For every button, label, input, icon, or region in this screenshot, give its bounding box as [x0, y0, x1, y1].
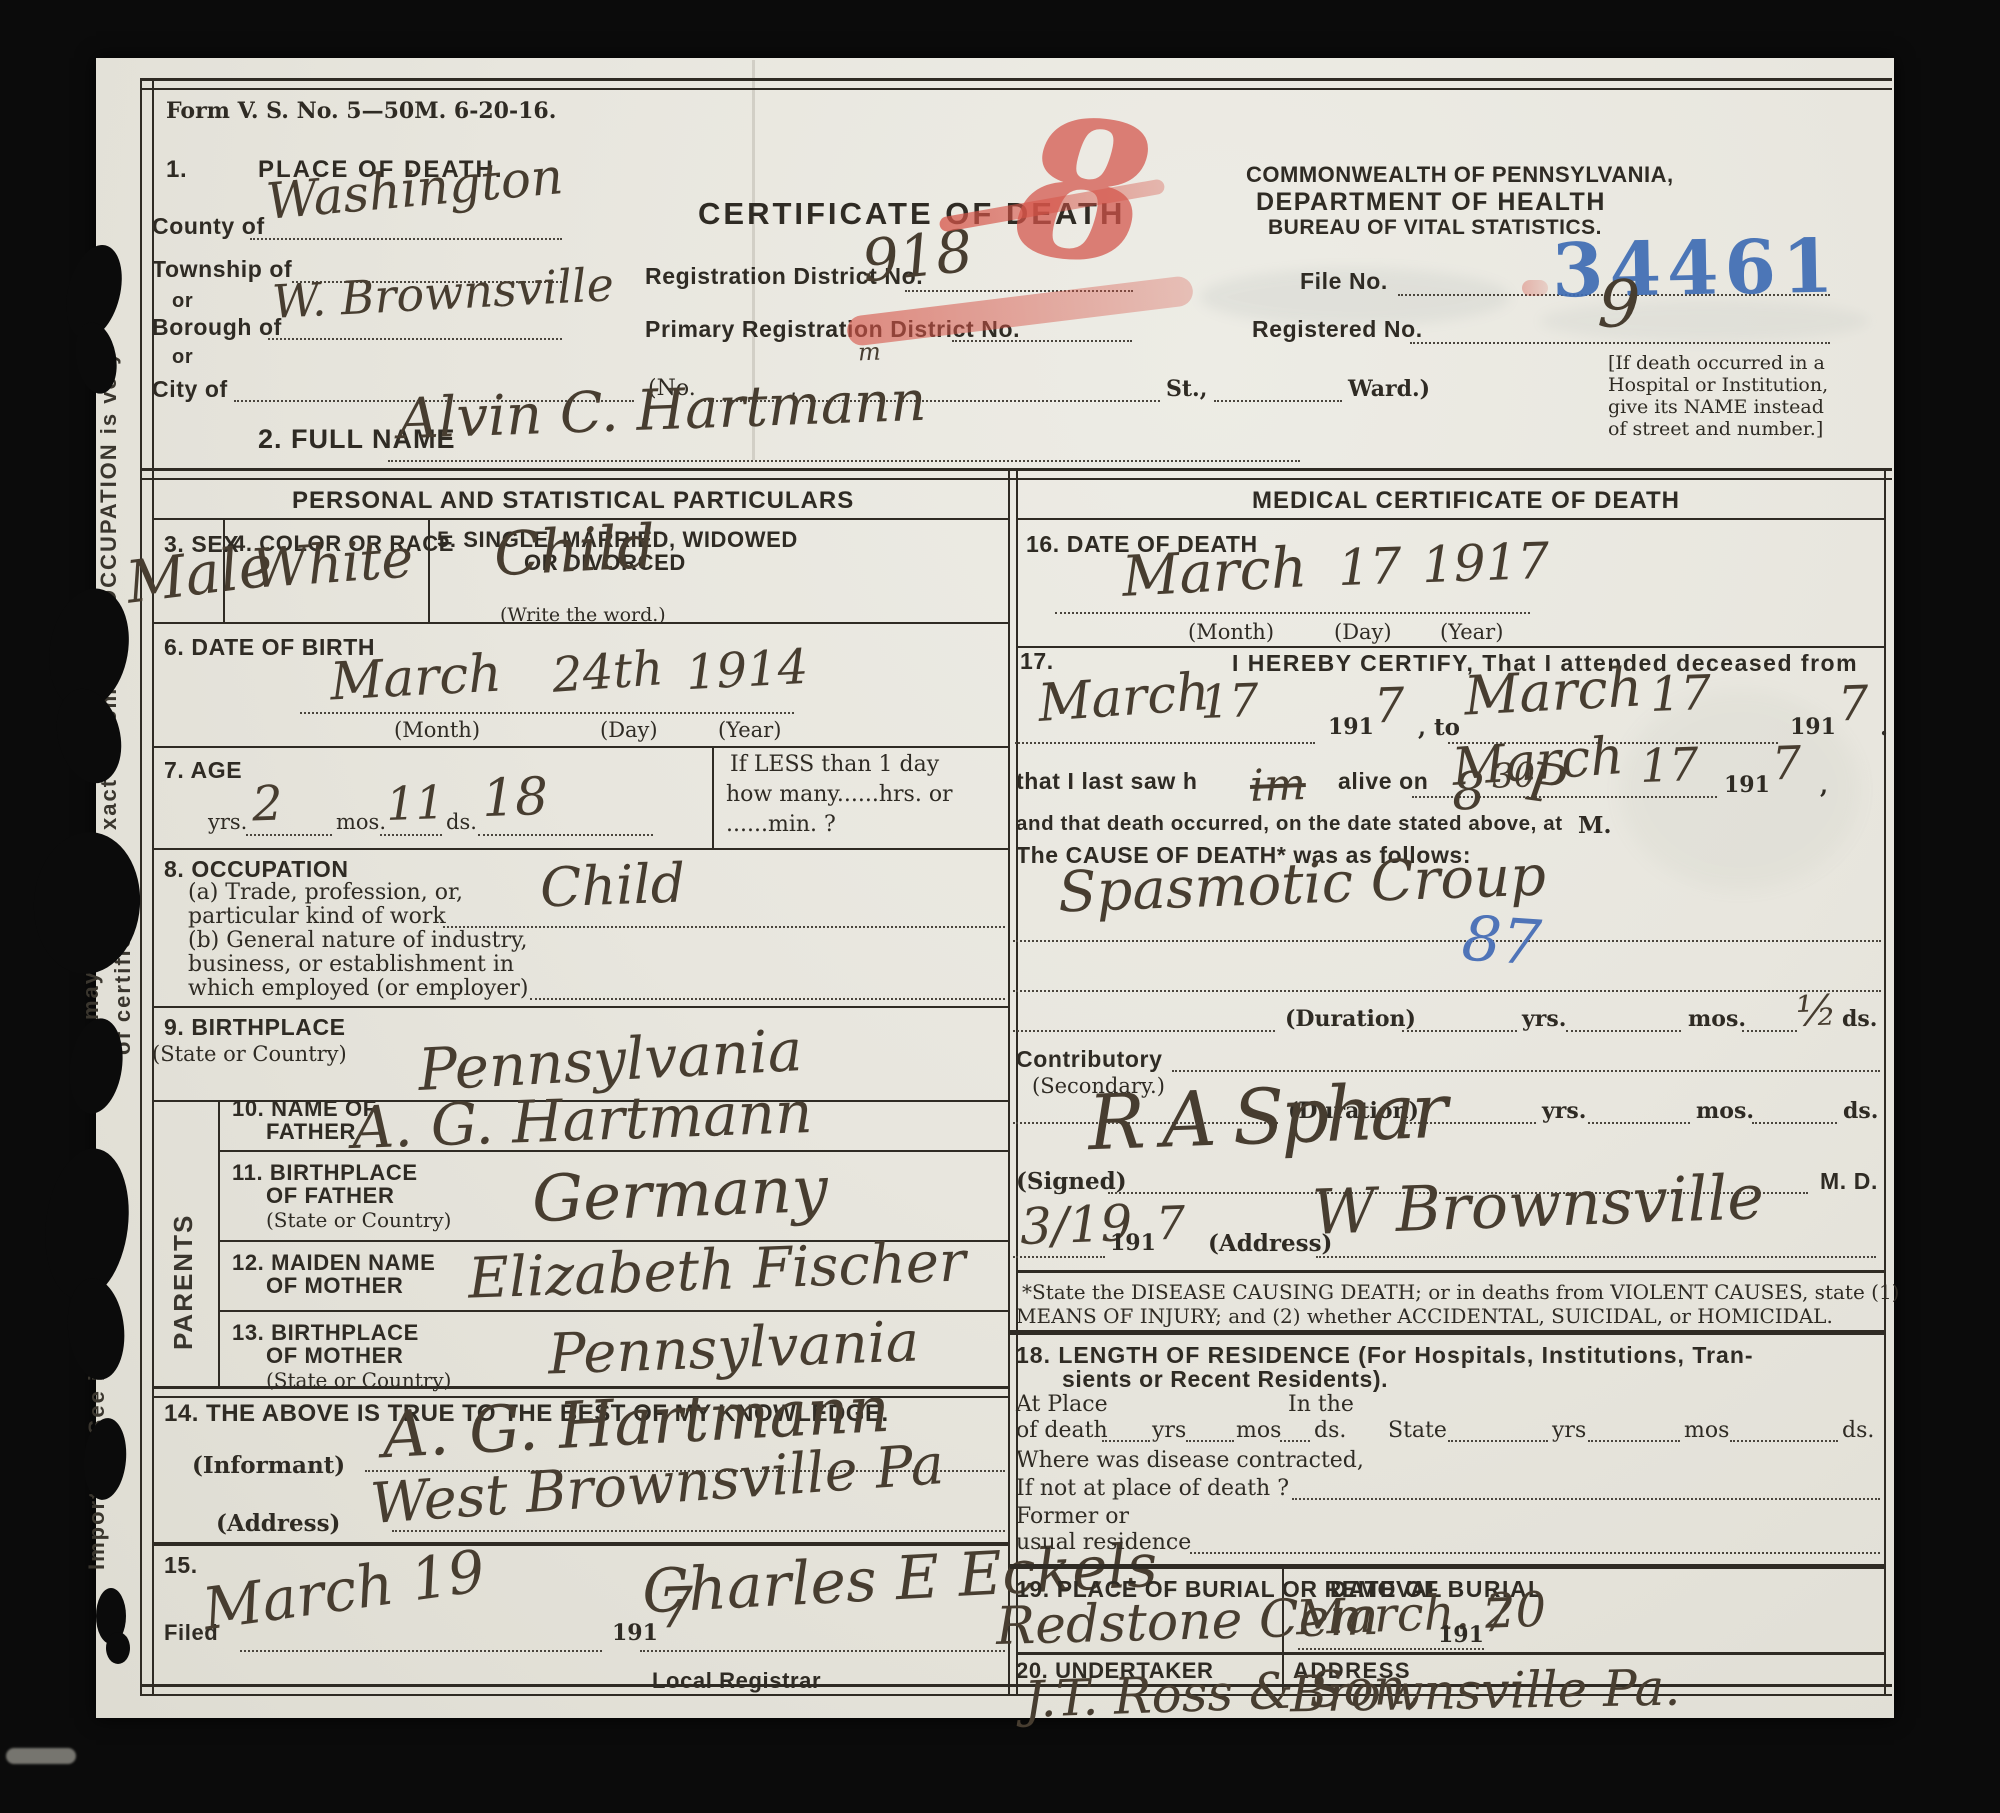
age-yrs-label: yrs.	[208, 810, 247, 834]
residence-label-line1: 18. LENGTH OF RESIDENCE (For Hospitals, …	[1016, 1342, 1754, 1369]
age-note-line1: If LESS than 1 day	[730, 752, 939, 777]
sign-year-suffix: 7	[1155, 1196, 1186, 1251]
dob-month: March	[329, 644, 504, 713]
saw-strike: im	[1249, 759, 1307, 812]
saw-year-suffix: 7	[1771, 736, 1802, 791]
full-name-line	[388, 460, 1300, 462]
duration1-value: ½	[1795, 985, 1837, 1035]
at-place-line2: of death	[1016, 1418, 1108, 1443]
former-line1: Former or	[1016, 1504, 1129, 1529]
occupation-b-line2: business, or establishment in	[188, 952, 514, 977]
birthplace-label: 9. BIRTHPLACE	[164, 1014, 346, 1041]
sign-year-printed: 191	[1110, 1230, 1156, 1256]
section1-number: 1.	[166, 156, 187, 184]
or-word-2: or	[172, 346, 193, 369]
certify-from-month: March	[1036, 662, 1211, 734]
age-label: 7. AGE	[164, 757, 242, 784]
res-right-mos: mos	[1684, 1418, 1729, 1443]
dod-year: 1917	[1421, 532, 1550, 594]
occupation-a-line2: particular kind of work	[188, 904, 446, 929]
res-left-yrs: yrs	[1152, 1418, 1186, 1443]
duration2-ds: ds.	[1843, 1098, 1878, 1124]
row7-rule	[152, 848, 1008, 850]
occupation-label: 8. OCCUPATION	[164, 856, 349, 883]
registrar-line	[640, 1650, 1005, 1652]
footnote-line2: MEANS OF INJURY; and (2) whether ACCIDEN…	[1016, 1304, 1833, 1328]
column-divider-left	[1008, 470, 1010, 1694]
street-ward-label: Ward.)	[1348, 376, 1430, 402]
informant-address-label: (Address)	[216, 1510, 340, 1537]
res-right-line-c	[1730, 1440, 1838, 1442]
dod-line	[1055, 612, 1530, 614]
footnote-rule	[1010, 1330, 1884, 1335]
res-left-line-a	[1102, 1440, 1150, 1442]
race-value: White	[250, 526, 415, 600]
hospital-note-line4: of street and number.]	[1608, 418, 1823, 440]
duration2-mos: mos.	[1696, 1098, 1754, 1124]
contracted-line2: If not at place of death ?	[1016, 1476, 1289, 1501]
age-mos-value: 11	[385, 775, 445, 831]
certify-to-day: 17	[1649, 665, 1712, 723]
dob-year: 1914	[685, 639, 810, 701]
occupation-b-line3: which employed (or employer)	[188, 976, 528, 1001]
medical-header-rule	[1016, 518, 1884, 520]
dob-line	[300, 712, 794, 714]
m-label: M.	[1578, 812, 1611, 839]
age-note-line3: ......min. ?	[726, 812, 836, 837]
form-top-rule	[140, 78, 1892, 90]
mother-name-label2: OF MOTHER	[266, 1273, 403, 1299]
mother-bp-label2: OF MOTHER	[266, 1343, 403, 1369]
file-no-stamp: 34461	[1551, 223, 1840, 314]
occupation-a-line1: (a) Trade, profession, or,	[188, 880, 463, 905]
age-note-line2: how many......hrs. or	[726, 782, 953, 807]
duration1-label: (Duration)	[1285, 1006, 1416, 1032]
burial-date-line	[1298, 1648, 1484, 1650]
duration1-mos: mos.	[1688, 1006, 1746, 1032]
father-name-label2: FATHER	[266, 1119, 356, 1145]
age-note-divider	[712, 746, 714, 848]
residence-bottom-rule	[1010, 1564, 1884, 1569]
row6-rule	[152, 746, 1008, 748]
certify-from-year-suffix: 7	[1373, 677, 1405, 734]
commonwealth-line1: COMMONWEALTH OF PENNSYLVANIA,	[1246, 162, 1674, 188]
file-no-label: File No.	[1300, 268, 1388, 295]
in-the-line1: In the	[1288, 1392, 1354, 1417]
duration2-line-c	[1752, 1122, 1837, 1124]
red-crayon-speck	[1522, 280, 1548, 296]
contributory-label: Contributory	[1016, 1046, 1162, 1073]
informant-address-line	[392, 1530, 1005, 1532]
physician-signature: R A Sphar	[1087, 1066, 1446, 1167]
dod-month: March	[1120, 535, 1308, 610]
row10-rule	[218, 1150, 1008, 1152]
dod-cap-year: (Year)	[1440, 620, 1503, 644]
burial-rule	[1016, 1652, 1884, 1655]
at-place-line1: At Place	[1016, 1392, 1108, 1417]
county-label: County of	[152, 213, 265, 240]
row8-rule	[152, 1006, 1008, 1008]
burial-year-suffix: 7	[1481, 1588, 1512, 1643]
duration1-line-c	[1742, 1030, 1797, 1032]
cause-code: 87	[1460, 901, 1544, 979]
former-line2: usual residence	[1016, 1530, 1191, 1555]
res-right-line-a	[1448, 1440, 1548, 1442]
borough-label: Borough of	[152, 314, 282, 341]
personal-header: PERSONAL AND STATISTICAL PARTICULARS	[292, 487, 854, 515]
duration1-line-a	[1402, 1030, 1517, 1032]
filed-line	[240, 1650, 602, 1652]
county-line	[250, 238, 562, 240]
undertaker-address-value: Brownsville Pa.	[1290, 1659, 1681, 1724]
contracted-line	[1292, 1498, 1880, 1500]
former-line	[1190, 1552, 1880, 1554]
marital-value: Child	[492, 512, 657, 590]
filed-num: 15.	[164, 1552, 198, 1579]
dod-day: 17	[1337, 537, 1403, 597]
age-ds-value: 18	[481, 767, 549, 829]
in-the-line2: State	[1388, 1418, 1447, 1443]
row16-rule	[1016, 646, 1884, 648]
md-label: M. D.	[1820, 1168, 1878, 1195]
age-ds-line	[478, 834, 653, 836]
res-right-yrs: yrs	[1552, 1418, 1586, 1443]
corner-scratch	[6, 1748, 76, 1764]
res-left-line-c	[1280, 1440, 1310, 1442]
signed-label: (Signed)	[1016, 1168, 1127, 1195]
dod-cap-day: (Day)	[1334, 620, 1392, 644]
birthplace-hint: (State or Country)	[152, 1042, 347, 1066]
cause-line1	[1013, 940, 1881, 942]
father-bp-value: Germany	[531, 1153, 829, 1237]
parents-vertical-label: PARENTS	[168, 1140, 199, 1350]
sign-date-line	[1013, 1256, 1105, 1258]
punch-hole	[106, 1632, 130, 1664]
certify-num: 17.	[1020, 648, 1054, 675]
dob-day: 24th	[550, 640, 665, 704]
cause-line2	[1013, 990, 1881, 992]
burial-year-printed: 191	[1438, 1622, 1484, 1648]
sign-rule	[1016, 1270, 1884, 1273]
res-left-mos: mos	[1236, 1418, 1281, 1443]
dob-cap-month: (Month)	[394, 718, 480, 742]
sign-address-line	[1316, 1256, 1876, 1258]
age-yrs-value: 2	[251, 775, 283, 832]
dod-cap-month: (Month)	[1188, 620, 1274, 644]
residence-label-line2: sients or Recent Residents).	[1062, 1366, 1388, 1393]
certify-to-month: March	[1462, 655, 1643, 727]
father-bp-hint: (State or Country)	[266, 1208, 451, 1232]
footnote-line1: *State the DISEASE CAUSING DEATH; or in …	[1022, 1280, 1899, 1304]
age-mos-line	[380, 834, 442, 836]
occupation-value: Child	[539, 851, 686, 919]
form-right-border	[1884, 470, 1886, 1694]
scanned-death-certificate: Form V. S. No. 5—50M. 6-20-16. 1. PLACE …	[0, 0, 2000, 1813]
form-number: Form V. S. No. 5—50M. 6-20-16.	[166, 98, 556, 124]
age-mos-label: mos.	[336, 810, 386, 834]
hospital-note-line2: Hospital or Institution,	[1608, 374, 1828, 396]
duration1-line-b	[1566, 1030, 1681, 1032]
saw-text-2: alive on	[1338, 768, 1428, 795]
certify-to-year-suffix: 7	[1837, 675, 1869, 732]
row5-rule	[152, 622, 1008, 624]
saw-text-1: that I last saw h	[1016, 768, 1197, 795]
death-time-hour: 8	[1451, 761, 1486, 822]
saw-year-printed: 191	[1724, 772, 1770, 798]
duration2-line-b	[1588, 1122, 1690, 1124]
medical-header: MEDICAL CERTIFICATE OF DEATH	[1252, 487, 1680, 515]
commonwealth-line2: DEPARTMENT OF HEALTH	[1256, 188, 1606, 217]
duration1-ds: ds.	[1842, 1006, 1877, 1032]
certify-year-printed1: 191	[1328, 714, 1374, 740]
race-marital-divider	[428, 520, 430, 622]
father-bp-label2: OF FATHER	[266, 1183, 394, 1209]
res-right-ds: ds.	[1842, 1418, 1874, 1443]
primary-district-line	[952, 340, 1132, 342]
city-label: City of	[152, 376, 228, 403]
hospital-note-line3: give its NAME instead	[1608, 396, 1824, 418]
duration1-yrs: yrs.	[1522, 1006, 1566, 1032]
duration2-yrs: yrs.	[1542, 1098, 1586, 1124]
certify-from-line	[1015, 742, 1315, 744]
res-right-line-b	[1588, 1440, 1680, 1442]
occupation-b-line	[530, 998, 1005, 1000]
or-word-1: or	[172, 290, 193, 313]
certify-from-day: 17	[1199, 673, 1259, 729]
occupation-b-line1: (b) General nature of industry,	[188, 928, 528, 953]
res-left-line-b	[1186, 1440, 1234, 1442]
contracted-line1: Where was disease contracted,	[1016, 1448, 1364, 1473]
age-ds-label: ds.	[446, 810, 477, 834]
duration1-lead-line	[1013, 1030, 1275, 1032]
age-yrs-line	[246, 834, 332, 836]
hospital-note-line1: [If death occurred in a	[1608, 352, 1825, 374]
saw-comma: ,	[1820, 772, 1828, 799]
ward-line	[1214, 400, 1342, 402]
informant-label: (Informant)	[192, 1452, 345, 1479]
parents-strip-divider	[218, 1100, 220, 1388]
registered-no-label: Registered No.	[1252, 316, 1423, 343]
certify-period: .	[1880, 714, 1888, 741]
saw-day: 17	[1639, 737, 1699, 793]
street-st-label: St.,	[1166, 376, 1207, 402]
dob-cap-year: (Year)	[718, 718, 781, 742]
borough-line	[268, 338, 562, 340]
form-left-border-outer	[140, 78, 142, 1694]
dob-cap-day: (Day)	[600, 718, 658, 742]
res-left-ds: ds.	[1314, 1418, 1346, 1443]
registered-no-value: 9	[1596, 265, 1642, 344]
